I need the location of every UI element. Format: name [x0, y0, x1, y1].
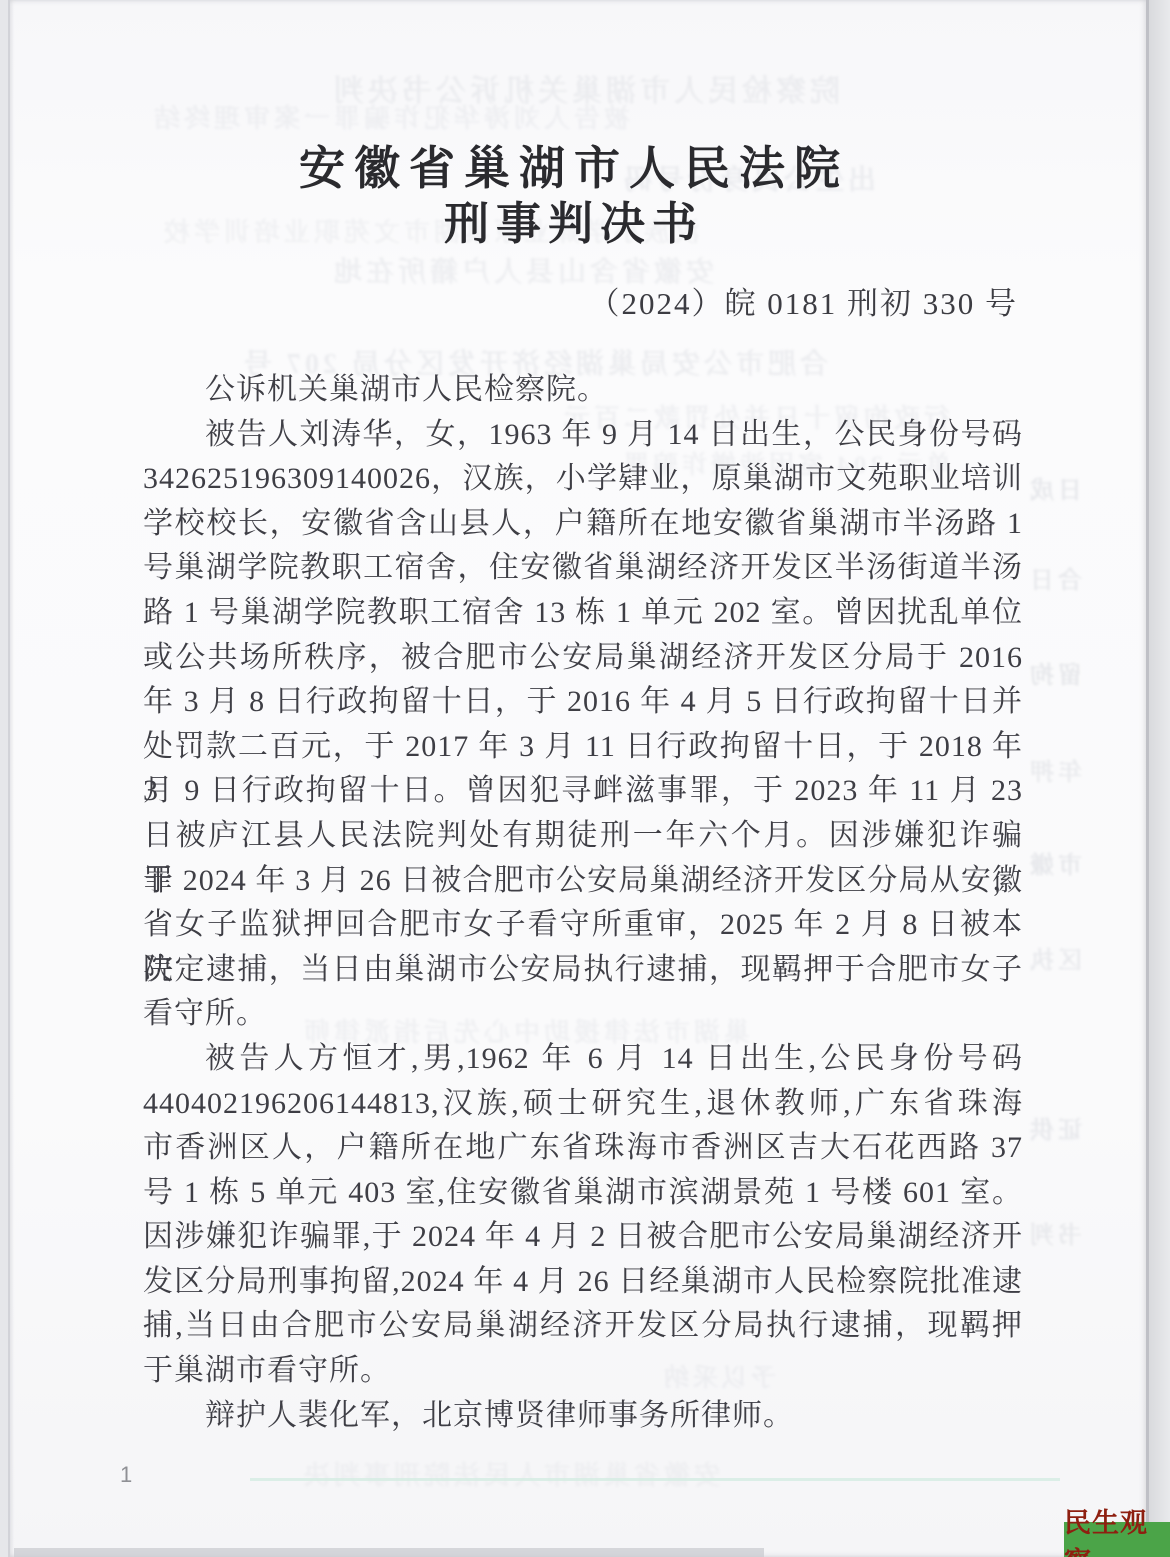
scanned-document: 院察检民人市湖巢关机诉公书决判被告人刘涛华犯诈骗罪一案审理终结出生公民身份号码汉… — [0, 0, 1170, 1557]
body-line: 被告人方恒才,男,1962 年 6 月 14 日出生,公民身份号码 — [143, 1037, 1023, 1082]
body-text: 公诉机关巢湖市人民检察院。被告人刘涛华，女，1963 年 9 月 14 日出生，… — [143, 368, 1023, 1438]
body-line: 看守所。 — [143, 992, 1023, 1037]
scan-right-gutter — [1149, 0, 1170, 1557]
scan-artifact-line — [250, 1478, 1060, 1481]
body-line: 号巢湖学院教职工宿舍，住安徽省巢湖经济开发区半汤街道半汤 — [143, 546, 1023, 591]
body-line: 发区分局刑事拘留,2024 年 4 月 26 日经巢湖市人民检察院批准逮 — [143, 1260, 1023, 1305]
body-line: 辩护人裴化军，北京博贤律师事务所律师。 — [143, 1394, 1023, 1439]
body-line: 处罚款二百元，于 2017 年 3 月 11 日行政拘留十日，于 2018 年 … — [143, 725, 1023, 770]
watermark-badge: 民生观察 — [1064, 1522, 1170, 1557]
body-line: 路 1 号巢湖学院教职工宿舍 13 栋 1 单元 202 室。曾因扰乱单位 — [143, 591, 1023, 636]
body-line: 号 1 栋 5 单元 403 室,住安徽省巢湖市滨湖景苑 1 号楼 601 室。 — [143, 1171, 1023, 1216]
body-line: 日被庐江县人民法院判处有期徒刑一年六个月。因涉嫌犯诈骗罪， — [143, 814, 1023, 859]
body-line: 省女子监狱押回合肥市女子看守所重审，2025 年 2 月 8 日被本院 — [143, 903, 1023, 948]
body-line: 342625196309140026，汉族，小学肄业，原巢湖市文苑职业培训 — [143, 457, 1023, 502]
body-line: 月 9 日行政拘留十日。曾因犯寻衅滋事罪，于 2023 年 11 月 23 — [143, 769, 1023, 814]
case-number: （2024）皖 0181 刑初 330 号 — [589, 278, 1019, 323]
body-line: 市香洲区人，户籍所在地广东省珠海市香洲区吉大石花西路 37 — [143, 1126, 1023, 1171]
body-line: 公诉机关巢湖市人民检察院。 — [143, 368, 1023, 413]
scan-bottom-shadow — [14, 1548, 764, 1557]
body-line: 学校校长，安徽省含山县人，户籍所在地安徽省巢湖市半汤路 1 — [143, 502, 1023, 547]
document-type-title: 刑事判决书 — [0, 187, 1148, 252]
body-line: 捕,当日由合肥市公安局巢湖经济开发区分局执行逮捕，现羁押 — [143, 1304, 1023, 1349]
page-number: 1 — [120, 1462, 132, 1488]
body-line: 于 2024 年 3 月 26 日被合肥市公安局巢湖经济开发区分局从安徽 — [143, 859, 1023, 904]
body-line: 年 3 月 8 日行政拘留十日，于 2016 年 4 月 5 日行政拘留十日并 — [143, 680, 1023, 725]
body-line: 于巢湖市看守所。 — [143, 1349, 1023, 1394]
body-line: 被告人刘涛华，女，1963 年 9 月 14 日出生，公民身份号码 — [143, 413, 1023, 458]
body-line: 440402196206144813,汉族,硕士研究生,退休教师,广东省珠海 — [143, 1082, 1023, 1127]
body-line: 因涉嫌犯诈骗罪,于 2024 年 4 月 2 日被合肥市公安局巢湖经济开 — [143, 1215, 1023, 1260]
body-line: 决定逮捕，当日由巢湖市公安局执行逮捕，现羁押于合肥市女子 — [143, 948, 1023, 993]
body-line: 或公共场所秩序，被合肥市公安局巢湖经济开发区分局于 2016 — [143, 636, 1023, 681]
